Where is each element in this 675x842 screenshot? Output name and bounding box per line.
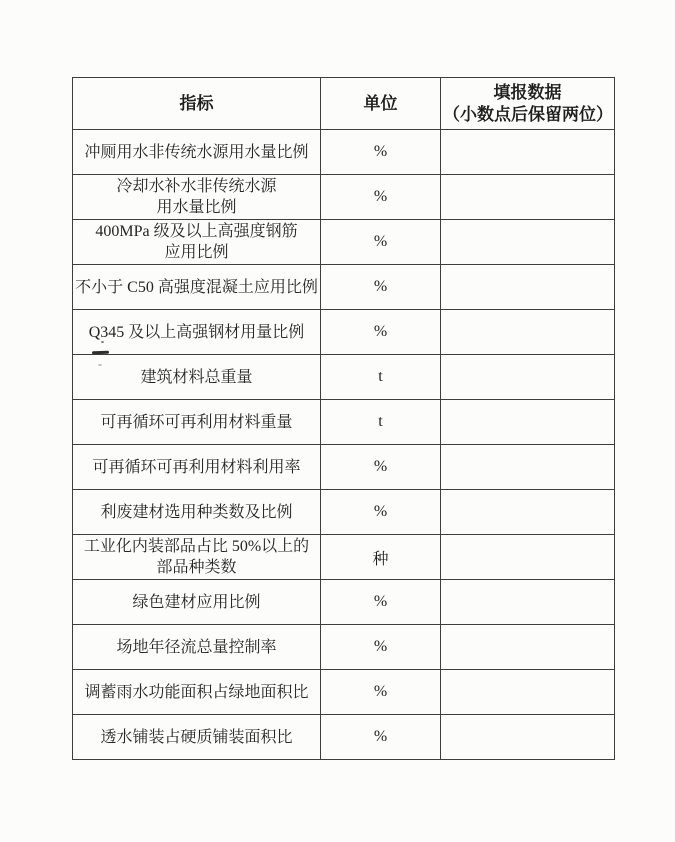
indicator-cell: 冲厕用水非传统水源用水量比例 — [73, 130, 321, 175]
table-row: 工业化内装部品占比 50%以上的 部品种类数 种 — [73, 535, 615, 580]
table-row: 可再循环可再利用材料利用率 % — [73, 445, 615, 490]
unit-cell: 种 — [321, 535, 441, 580]
table-row: 可再循环可再利用材料重量 t — [73, 400, 615, 445]
table-row: 绿色建材应用比例 % — [73, 580, 615, 625]
indicator-cell: 400MPa 级及以上高强度钢筋 应用比例 — [73, 220, 321, 265]
unit-cell: % — [321, 130, 441, 175]
indicator-cell: 可再循环可再利用材料利用率 — [73, 445, 321, 490]
unit-cell: % — [321, 490, 441, 535]
table-row: 场地年径流总量控制率 % — [73, 625, 615, 670]
value-cell-empty — [441, 580, 615, 625]
value-cell-empty — [441, 445, 615, 490]
value-cell-empty — [441, 625, 615, 670]
value-cell-empty — [441, 490, 615, 535]
scanned-form-page: 指标 单位 填报数据 （小数点后保留两位） 冲厕用水非传统水源用水量比例 % 冷… — [0, 0, 675, 842]
header-report-data: 填报数据 （小数点后保留两位） — [441, 78, 615, 130]
indicator-cell: 利废建材选用种类数及比例 — [73, 490, 321, 535]
header-indicator: 指标 — [73, 78, 321, 130]
indicator-cell: 透水铺装占硬质铺装面积比 — [73, 715, 321, 760]
unit-cell: % — [321, 175, 441, 220]
unit-cell: % — [321, 625, 441, 670]
table-header-row: 指标 单位 填报数据 （小数点后保留两位） — [73, 78, 615, 130]
table-row: 冷却水补水非传统水源 用水量比例 % — [73, 175, 615, 220]
value-cell-empty — [441, 535, 615, 580]
value-cell-empty — [441, 355, 615, 400]
unit-cell: t — [321, 355, 441, 400]
unit-cell: t — [321, 400, 441, 445]
indicator-cell: 不小于 C50 高强度混凝土应用比例 — [73, 265, 321, 310]
table-row: 透水铺装占硬质铺装面积比 % — [73, 715, 615, 760]
header-unit: 单位 — [321, 78, 441, 130]
value-cell-empty — [441, 265, 615, 310]
value-cell-empty — [441, 715, 615, 760]
indicator-cell: 建筑材料总重量 — [73, 355, 321, 400]
unit-cell: % — [321, 715, 441, 760]
table-row: 400MPa 级及以上高强度钢筋 应用比例 % — [73, 220, 615, 265]
indicator-table: 指标 单位 填报数据 （小数点后保留两位） 冲厕用水非传统水源用水量比例 % 冷… — [72, 77, 615, 760]
indicator-cell: 场地年径流总量控制率 — [73, 625, 321, 670]
table-row: 调蓄雨水功能面积占绿地面积比 % — [73, 670, 615, 715]
table-row: 不小于 C50 高强度混凝土应用比例 % — [73, 265, 615, 310]
table-row: 建筑材料总重量 t — [73, 355, 615, 400]
indicator-cell: 工业化内装部品占比 50%以上的 部品种类数 — [73, 535, 321, 580]
unit-cell: % — [321, 310, 441, 355]
table-row: Q345 及以上高强钢材用量比例 % — [73, 310, 615, 355]
unit-cell: % — [321, 580, 441, 625]
indicator-cell: 可再循环可再利用材料重量 — [73, 400, 321, 445]
indicator-cell: 冷却水补水非传统水源 用水量比例 — [73, 175, 321, 220]
unit-cell: % — [321, 265, 441, 310]
value-cell-empty — [441, 310, 615, 355]
indicator-cell: 调蓄雨水功能面积占绿地面积比 — [73, 670, 321, 715]
indicator-cell: 绿色建材应用比例 — [73, 580, 321, 625]
value-cell-empty — [441, 175, 615, 220]
table-row: 冲厕用水非传统水源用水量比例 % — [73, 130, 615, 175]
value-cell-empty — [441, 220, 615, 265]
unit-cell: % — [321, 670, 441, 715]
value-cell-empty — [441, 400, 615, 445]
table-row: 利废建材选用种类数及比例 % — [73, 490, 615, 535]
unit-cell: % — [321, 220, 441, 265]
value-cell-empty — [441, 670, 615, 715]
value-cell-empty — [441, 130, 615, 175]
unit-cell: % — [321, 445, 441, 490]
indicator-cell: Q345 及以上高强钢材用量比例 — [73, 310, 321, 355]
